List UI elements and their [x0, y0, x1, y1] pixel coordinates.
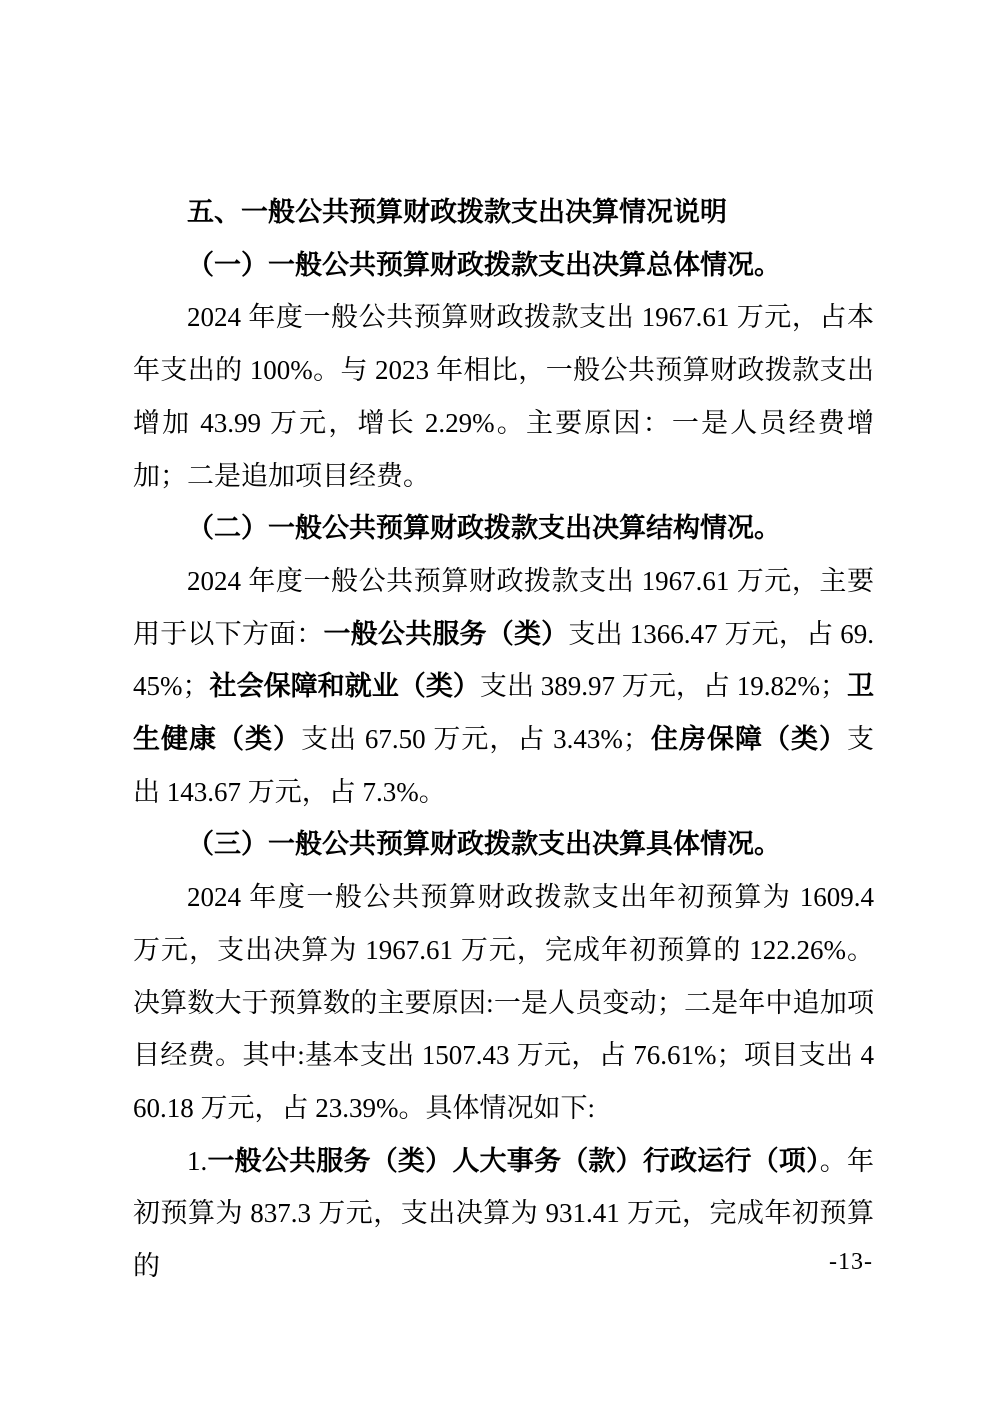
emphasis-text-run: （一）一般公共预算财政拨款支出决算总体情况。 — [187, 250, 781, 280]
document-page: 五、一般公共预算财政拨款支出决算情况说明（一）一般公共预算财政拨款支出决算总体情… — [0, 0, 1000, 1415]
document-body: 五、一般公共预算财政拨款支出决算情况说明（一）一般公共预算财政拨款支出决算总体情… — [133, 186, 874, 1293]
text-run: 支出 67.50 万元，占 3.43%； — [301, 724, 650, 754]
paragraph-specific-situation: 2024 年度一般公共预算财政拨款支出年初预算为 1609.4 万元，支出决算为… — [133, 871, 874, 1135]
emphasis-text-run: （二）一般公共预算财政拨款支出决算结构情况。 — [187, 513, 781, 543]
emphasis-text-run: 社会保障和就业（类） — [210, 671, 480, 701]
paragraph-structure-situation: 2024 年度一般公共预算财政拨款支出 1967.61 万元，主要用于以下方面：… — [133, 555, 874, 819]
paragraph-item-1: 1.一般公共服务（类）人大事务（款）行政运行（项）。年初预算为 837.3 万元… — [133, 1135, 874, 1293]
text-run: 2024 年度一般公共预算财政拨款支出 1967.61 万元，占本年支出的 10… — [133, 302, 874, 490]
subsection-heading-1: （一）一般公共预算财政拨款支出决算总体情况。 — [133, 239, 874, 292]
text-run: 2024 年度一般公共预算财政拨款支出年初预算为 1609.4 万元，支出决算为… — [133, 882, 881, 1123]
emphasis-text-run: 住房保障（类） — [650, 724, 847, 754]
section-heading-5: 五、一般公共预算财政拨款支出决算情况说明 — [133, 186, 874, 239]
text-run: 支出 389.97 万元，占 19.82%； — [480, 671, 847, 701]
emphasis-text-run: 一般公共服务（类）人大事务（款）行政运行（项） — [207, 1146, 820, 1176]
page-number: -13- — [829, 1246, 873, 1278]
emphasis-text-run: （三）一般公共预算财政拨款支出决算具体情况。 — [187, 829, 781, 859]
subsection-heading-2: （二）一般公共预算财政拨款支出决算结构情况。 — [133, 502, 874, 555]
subsection-heading-3: （三）一般公共预算财政拨款支出决算具体情况。 — [133, 818, 874, 871]
emphasis-text-run: 五、一般公共预算财政拨款支出决算情况说明 — [187, 197, 727, 227]
paragraph-overall-situation: 2024 年度一般公共预算财政拨款支出 1967.61 万元，占本年支出的 10… — [133, 291, 874, 502]
emphasis-text-run: 一般公共服务（类） — [323, 619, 568, 649]
text-run: 1. — [187, 1146, 207, 1176]
